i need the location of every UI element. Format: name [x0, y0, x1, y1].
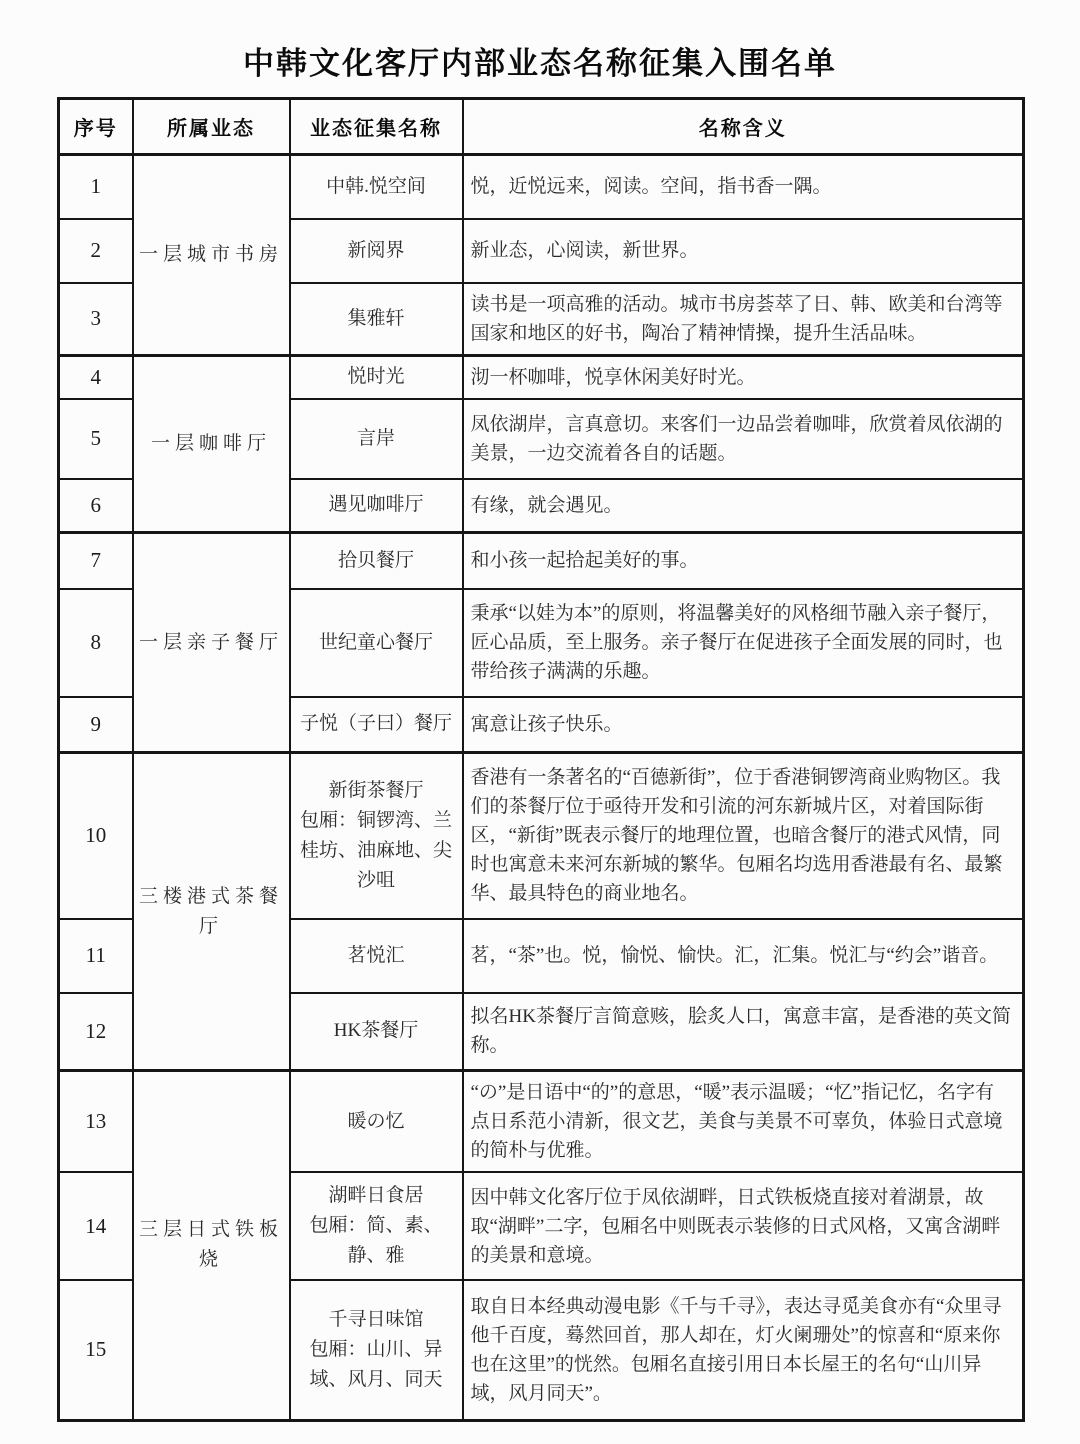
- row-number: 9: [59, 697, 133, 753]
- name-cell: 新阅界: [290, 219, 463, 283]
- category-cell: 一层咖啡厅: [133, 355, 290, 533]
- row-number: 15: [59, 1280, 133, 1420]
- header-row: 序号 所属业态 业态征集名称 名称含义: [59, 99, 1024, 155]
- category-cell: 三层日式铁板烧: [133, 1071, 290, 1421]
- name-cell: 集雅轩: [290, 283, 463, 356]
- table-row: 10 三楼港式茶餐厅 新街茶餐厅 包厢：铜锣湾、兰桂坊、油麻地、尖沙咀 香港有一…: [59, 753, 1024, 919]
- table-row: 7 一层亲子餐厅 拾贝餐厅 和小孩一起拾起美好的事。: [59, 533, 1024, 589]
- name-cell: 中韩.悦空间: [290, 155, 463, 219]
- row-number: 11: [59, 919, 133, 993]
- meaning-cell: 沏一杯咖啡，悦享休闲美好时光。: [463, 355, 1024, 399]
- meaning-cell: 和小孩一起拾起美好的事。: [463, 533, 1024, 589]
- row-number: 1: [59, 155, 133, 219]
- header-name-meaning: 名称含义: [463, 99, 1024, 155]
- business-name-table: 序号 所属业态 业态征集名称 名称含义 1 一层城市书房 中韩.悦空间 悦，近悦…: [57, 97, 1025, 1422]
- name-cell: 言岸: [290, 399, 463, 479]
- row-number: 3: [59, 283, 133, 356]
- name-cell: 湖畔日食居 包厢：简、素、静、雅: [290, 1172, 463, 1280]
- name-cell: HK茶餐厅: [290, 993, 463, 1071]
- header-business-category: 所属业态: [133, 99, 290, 155]
- meaning-cell: 茗，“茶”也。悦，愉悦、愉快。汇，汇集。悦汇与“约会”谐音。: [463, 919, 1024, 993]
- meaning-cell: 悦，近悦远来，阅读。空间，指书香一隅。: [463, 155, 1024, 219]
- meaning-cell: 新业态，心阅读，新世界。: [463, 219, 1024, 283]
- document-page: 中韩文化客厅内部业态名称征集入围名单 序号 所属业态 业态征集名称 名称含义 1…: [0, 0, 1080, 1444]
- row-number: 6: [59, 479, 133, 533]
- name-cell: 遇见咖啡厅: [290, 479, 463, 533]
- meaning-cell: 香港有一条著名的“百德新街”，位于香港铜锣湾商业购物区。我们的茶餐厅位于亟待开发…: [463, 753, 1024, 919]
- row-number: 13: [59, 1071, 133, 1173]
- meaning-cell: 读书是一项高雅的活动。城市书房荟萃了日、韩、欧美和台湾等国家和地区的好书，陶冶了…: [463, 283, 1024, 356]
- name-cell: 新街茶餐厅 包厢：铜锣湾、兰桂坊、油麻地、尖沙咀: [290, 753, 463, 919]
- table-row: 1 一层城市书房 中韩.悦空间 悦，近悦远来，阅读。空间，指书香一隅。: [59, 155, 1024, 219]
- row-number: 7: [59, 533, 133, 589]
- meaning-cell: 凤依湖岸，言真意切。来客们一边品尝着咖啡，欣赏着凤依湖的美景，一边交流着各自的话…: [463, 399, 1024, 479]
- meaning-cell: 拟名HK茶餐厅言简意赅，脍炙人口，寓意丰富，是香港的英文简称。: [463, 993, 1024, 1071]
- category-cell: 一层城市书房: [133, 155, 290, 356]
- table-row: 4 一层咖啡厅 悦时光 沏一杯咖啡，悦享休闲美好时光。: [59, 355, 1024, 399]
- row-number: 5: [59, 399, 133, 479]
- row-number: 12: [59, 993, 133, 1071]
- name-cell: 悦时光: [290, 355, 463, 399]
- row-number: 14: [59, 1172, 133, 1280]
- meaning-cell: “の”是日语中“的”的意思，“暖”表示温暖；“忆”指记忆，名字有点日系范小清新，…: [463, 1071, 1024, 1173]
- name-cell: 子悦（子曰）餐厅: [290, 697, 463, 753]
- meaning-cell: 因中韩文化客厅位于凤依湖畔，日式铁板烧直接对着湖景，故取“湖畔”二字，包厢名中则…: [463, 1172, 1024, 1280]
- name-cell: 拾贝餐厅: [290, 533, 463, 589]
- name-cell: 暖の忆: [290, 1071, 463, 1173]
- name-cell: 世纪童心餐厅: [290, 589, 463, 697]
- page-title: 中韩文化客厅内部业态名称征集入围名单: [0, 38, 1080, 83]
- meaning-cell: 取自日本经典动漫电影《千与千寻》，表达寻觅美食亦有“众里寻他千百度，蓦然回首，那…: [463, 1280, 1024, 1420]
- table-row: 13 三层日式铁板烧 暖の忆 “の”是日语中“的”的意思，“暖”表示温暖；“忆”…: [59, 1071, 1024, 1173]
- meaning-cell: 有缘，就会遇见。: [463, 479, 1024, 533]
- category-cell: 三楼港式茶餐厅: [133, 753, 290, 1071]
- category-cell: 一层亲子餐厅: [133, 533, 290, 753]
- row-number: 4: [59, 355, 133, 399]
- meaning-cell: 秉承“以娃为本”的原则，将温馨美好的风格细节融入亲子餐厅，匠心品质，至上服务。亲…: [463, 589, 1024, 697]
- row-number: 10: [59, 753, 133, 919]
- row-number: 8: [59, 589, 133, 697]
- meaning-cell: 寓意让孩子快乐。: [463, 697, 1024, 753]
- header-serial-number: 序号: [59, 99, 133, 155]
- header-collected-name: 业态征集名称: [290, 99, 463, 155]
- name-cell: 茗悦汇: [290, 919, 463, 993]
- name-cell: 千寻日味馆 包厢：山川、异域、风月、同天: [290, 1280, 463, 1420]
- row-number: 2: [59, 219, 133, 283]
